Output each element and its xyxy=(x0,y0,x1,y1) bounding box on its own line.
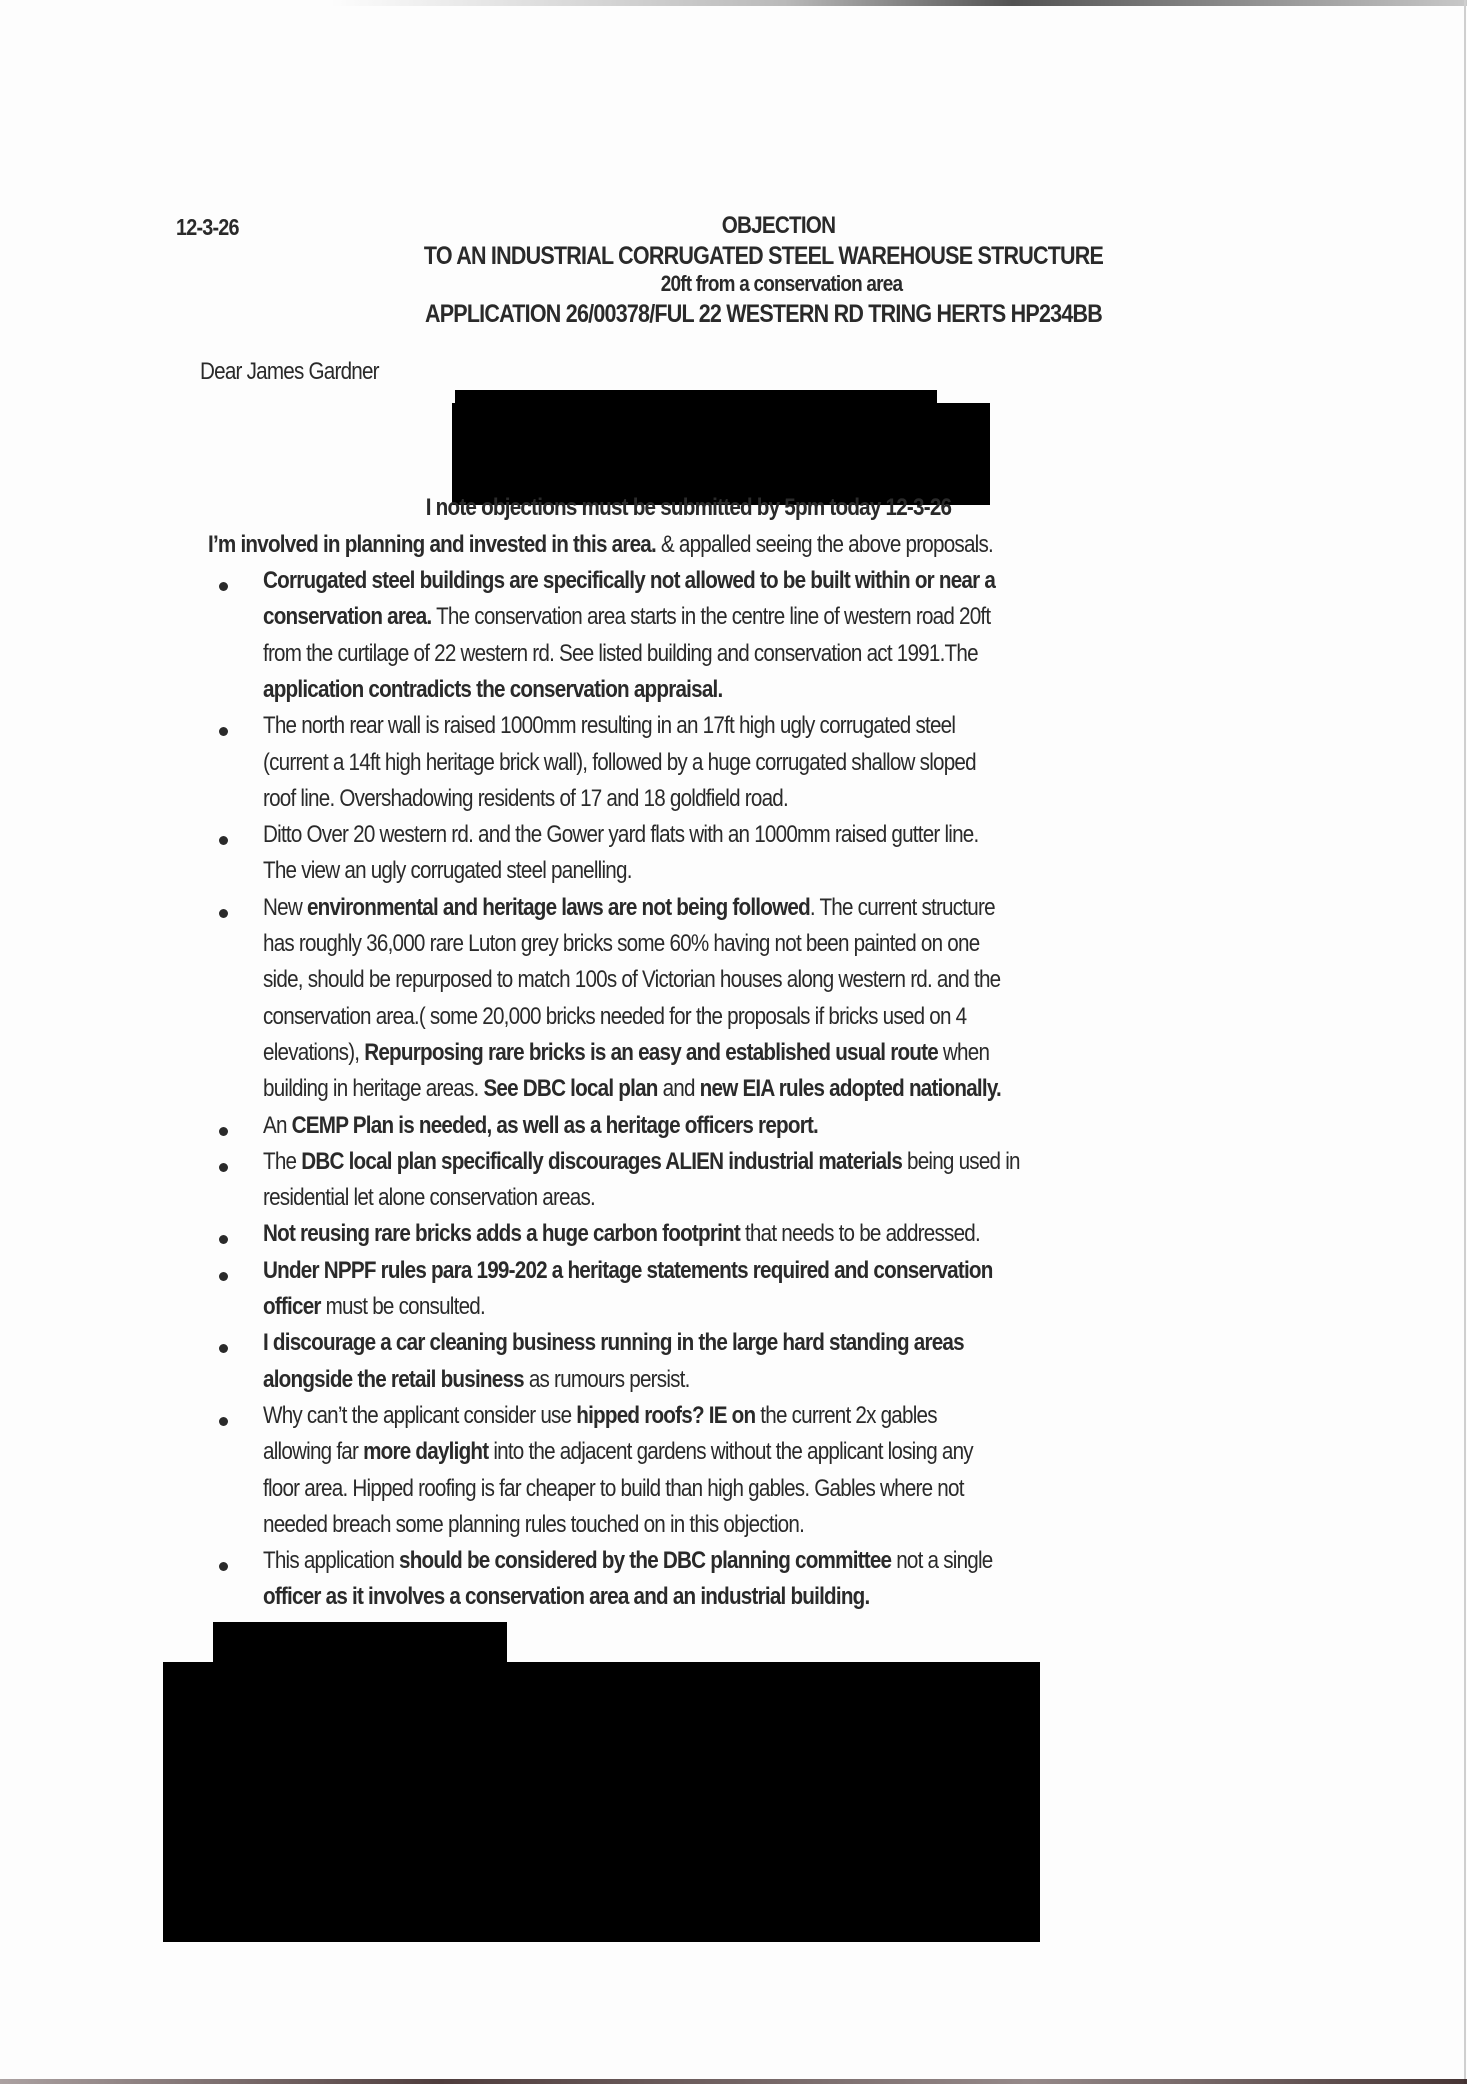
text-segment: conservation area.( some 20,000 bricks n… xyxy=(263,1003,966,1030)
text-segment: application contradicts the conservation… xyxy=(263,676,722,703)
redaction-block xyxy=(213,1622,507,1663)
bullet-text-line: has roughly 36,000 rare Luton grey brick… xyxy=(263,930,979,958)
bullet-text-line: Ditto Over 20 western rd. and the Gower … xyxy=(263,821,978,849)
text-segment: more daylight xyxy=(363,1438,488,1465)
bullet-icon xyxy=(219,727,228,736)
text-segment: Corrugated steel buildings are specifica… xyxy=(263,567,995,594)
redaction-block xyxy=(452,403,990,505)
distance-note: 20ft from a conservation area xyxy=(151,271,1413,297)
bullet-text-line: Why can’t the applicant consider use hip… xyxy=(263,1402,937,1430)
scan-bottom-edge-shadow xyxy=(0,2079,1467,2084)
text-segment: from the curtilage of 22 western rd. See… xyxy=(263,640,978,667)
text-segment: new EIA rules adopted nationally. xyxy=(700,1075,1001,1102)
text-segment: side, should be repurposed to match 100s… xyxy=(263,966,1000,993)
text-segment: The conservation area starts in the cent… xyxy=(431,603,990,630)
bullet-text-line: Under NPPF rules para 199-202 a heritage… xyxy=(263,1257,993,1285)
text-segment: conservation area. xyxy=(263,603,431,630)
letter-title: OBJECTION xyxy=(148,212,1410,240)
text-segment: CEMP Plan is needed, as well as a herita… xyxy=(292,1112,818,1139)
bullet-icon xyxy=(219,836,228,845)
bullet-text-line: (current a 14ft high heritage brick wall… xyxy=(263,749,976,777)
text-segment: The north rear wall is raised 1000mm res… xyxy=(263,712,955,739)
text-segment: the current 2x gables xyxy=(755,1402,936,1429)
bullet-text-line: floor area. Hipped roofing is far cheape… xyxy=(263,1475,964,1503)
bullet-icon xyxy=(219,909,228,918)
text-segment: environmental and heritage laws are not … xyxy=(307,894,810,921)
bullet-text-line: An CEMP Plan is needed, as well as a her… xyxy=(263,1112,818,1140)
text-segment: (current a 14ft high heritage brick wall… xyxy=(263,749,976,776)
text-segment: as rumours persist. xyxy=(524,1366,690,1393)
text-segment: DBC local plan specifically discourages … xyxy=(301,1148,902,1175)
bullet-text-line: alongside the retail business as rumours… xyxy=(263,1366,690,1394)
text-segment: Under NPPF rules para 199-202 a heritage… xyxy=(263,1257,993,1284)
text-segment: has roughly 36,000 rare Luton grey brick… xyxy=(263,930,979,957)
text-segment: See DBC local plan xyxy=(483,1075,657,1102)
redaction-block xyxy=(455,390,937,404)
text-segment: officer as it involves a conservation ar… xyxy=(263,1583,869,1610)
bullet-text-line: needed breach some planning rules touche… xyxy=(263,1511,804,1539)
bullet-text-line: building in heritage areas. See DBC loca… xyxy=(263,1075,1001,1103)
text-segment: being used in xyxy=(902,1148,1020,1175)
text-segment: not a single xyxy=(891,1547,992,1574)
text-segment: officer xyxy=(263,1293,321,1320)
text-segment: when xyxy=(938,1039,989,1066)
letter-subtitle: TO AN INDUSTRIAL CORRUGATED STEEL WAREHO… xyxy=(133,242,1395,271)
deadline-note: I note objections must be submitted by 5… xyxy=(58,494,1320,522)
text-segment: Ditto Over 20 western rd. and the Gower … xyxy=(263,821,978,848)
bullet-text-line: officer must be consulted. xyxy=(263,1293,485,1321)
bullet-text-line: The DBC local plan specifically discoura… xyxy=(263,1148,1020,1176)
bullet-text-line: application contradicts the conservation… xyxy=(263,676,722,704)
text-segment: floor area. Hipped roofing is far cheape… xyxy=(263,1475,964,1502)
bullet-text-line: Not reusing rare bricks adds a huge carb… xyxy=(263,1220,980,1248)
text-segment: The view an ugly corrugated steel panell… xyxy=(263,857,632,884)
bullet-icon xyxy=(219,1344,228,1353)
text-segment: residential let alone conservation areas… xyxy=(263,1184,595,1211)
bullet-text-line: conservation area. The conservation area… xyxy=(263,603,990,631)
text-segment: hipped roofs? IE on xyxy=(576,1402,755,1429)
text-segment: Why can’t the applicant consider use xyxy=(263,1402,576,1429)
text-segment: Repurposing rare bricks is an easy and e… xyxy=(364,1039,938,1066)
bullet-text-line: Corrugated steel buildings are specifica… xyxy=(263,567,995,595)
text-segment: Not reusing rare bricks adds a huge carb… xyxy=(263,1220,740,1247)
bullet-text-line: The view an ugly corrugated steel panell… xyxy=(263,857,632,885)
bullet-text-line: residential let alone conservation areas… xyxy=(263,1184,595,1212)
bullet-icon xyxy=(219,1235,228,1244)
text-segment: building in heritage areas. xyxy=(263,1075,483,1102)
scan-top-edge-shadow xyxy=(330,0,1467,6)
bullet-text-line: I discourage a car cleaning business run… xyxy=(263,1329,964,1357)
bullet-text-line: elevations), Repurposing rare bricks is … xyxy=(263,1039,989,1067)
text-segment: An xyxy=(263,1112,292,1139)
text-segment: I’m involved in planning and invested in… xyxy=(208,531,656,558)
bullet-icon xyxy=(219,1163,228,1172)
bullet-text-line: The north rear wall is raised 1000mm res… xyxy=(263,712,955,740)
bullet-text-line: from the curtilage of 22 western rd. See… xyxy=(263,640,978,668)
text-segment: alongside the retail business xyxy=(263,1366,524,1393)
text-segment: and xyxy=(658,1075,700,1102)
text-segment: New xyxy=(263,894,307,921)
text-segment: must be consulted. xyxy=(321,1293,485,1320)
redaction-block xyxy=(163,1662,1040,1942)
text-segment: . The current structure xyxy=(810,894,995,921)
bullet-text-line: allowing far more daylight into the adja… xyxy=(263,1438,973,1466)
text-segment: & appalled seeing the above proposals. xyxy=(656,531,993,558)
bullet-text-line: officer as it involves a conservation ar… xyxy=(263,1583,869,1611)
bullet-icon xyxy=(219,1417,228,1426)
bullet-icon xyxy=(219,582,228,591)
intro-statement: I’m involved in planning and invested in… xyxy=(208,531,993,559)
bullet-icon xyxy=(219,1127,228,1136)
text-segment: I discourage a car cleaning business run… xyxy=(263,1329,964,1356)
bullet-text-line: roof line. Overshadowing residents of 17… xyxy=(263,785,788,813)
text-segment: into the adjacent gardens without the ap… xyxy=(488,1438,972,1465)
text-segment: needed breach some planning rules touche… xyxy=(263,1511,804,1538)
text-segment: roof line. Overshadowing residents of 17… xyxy=(263,785,788,812)
text-segment: that needs to be addressed. xyxy=(740,1220,980,1247)
application-reference: APPLICATION 26/00378/FUL 22 WESTERN RD T… xyxy=(133,300,1395,329)
bullet-text-line: conservation area.( some 20,000 bricks n… xyxy=(263,1003,966,1031)
salutation: Dear James Gardner xyxy=(200,358,379,386)
text-segment: The xyxy=(263,1148,301,1175)
bullet-text-line: New environmental and heritage laws are … xyxy=(263,894,995,922)
text-segment: elevations), xyxy=(263,1039,364,1066)
bullet-icon xyxy=(219,1272,228,1281)
bullet-text-line: This application should be considered by… xyxy=(263,1547,993,1575)
text-segment: allowing far xyxy=(263,1438,363,1465)
text-segment: This application xyxy=(263,1547,399,1574)
bullet-icon xyxy=(219,1562,228,1571)
bullet-text-line: side, should be repurposed to match 100s… xyxy=(263,966,1000,994)
text-segment: should be considered by the DBC planning… xyxy=(399,1547,891,1574)
scan-right-edge xyxy=(1464,0,1466,2084)
